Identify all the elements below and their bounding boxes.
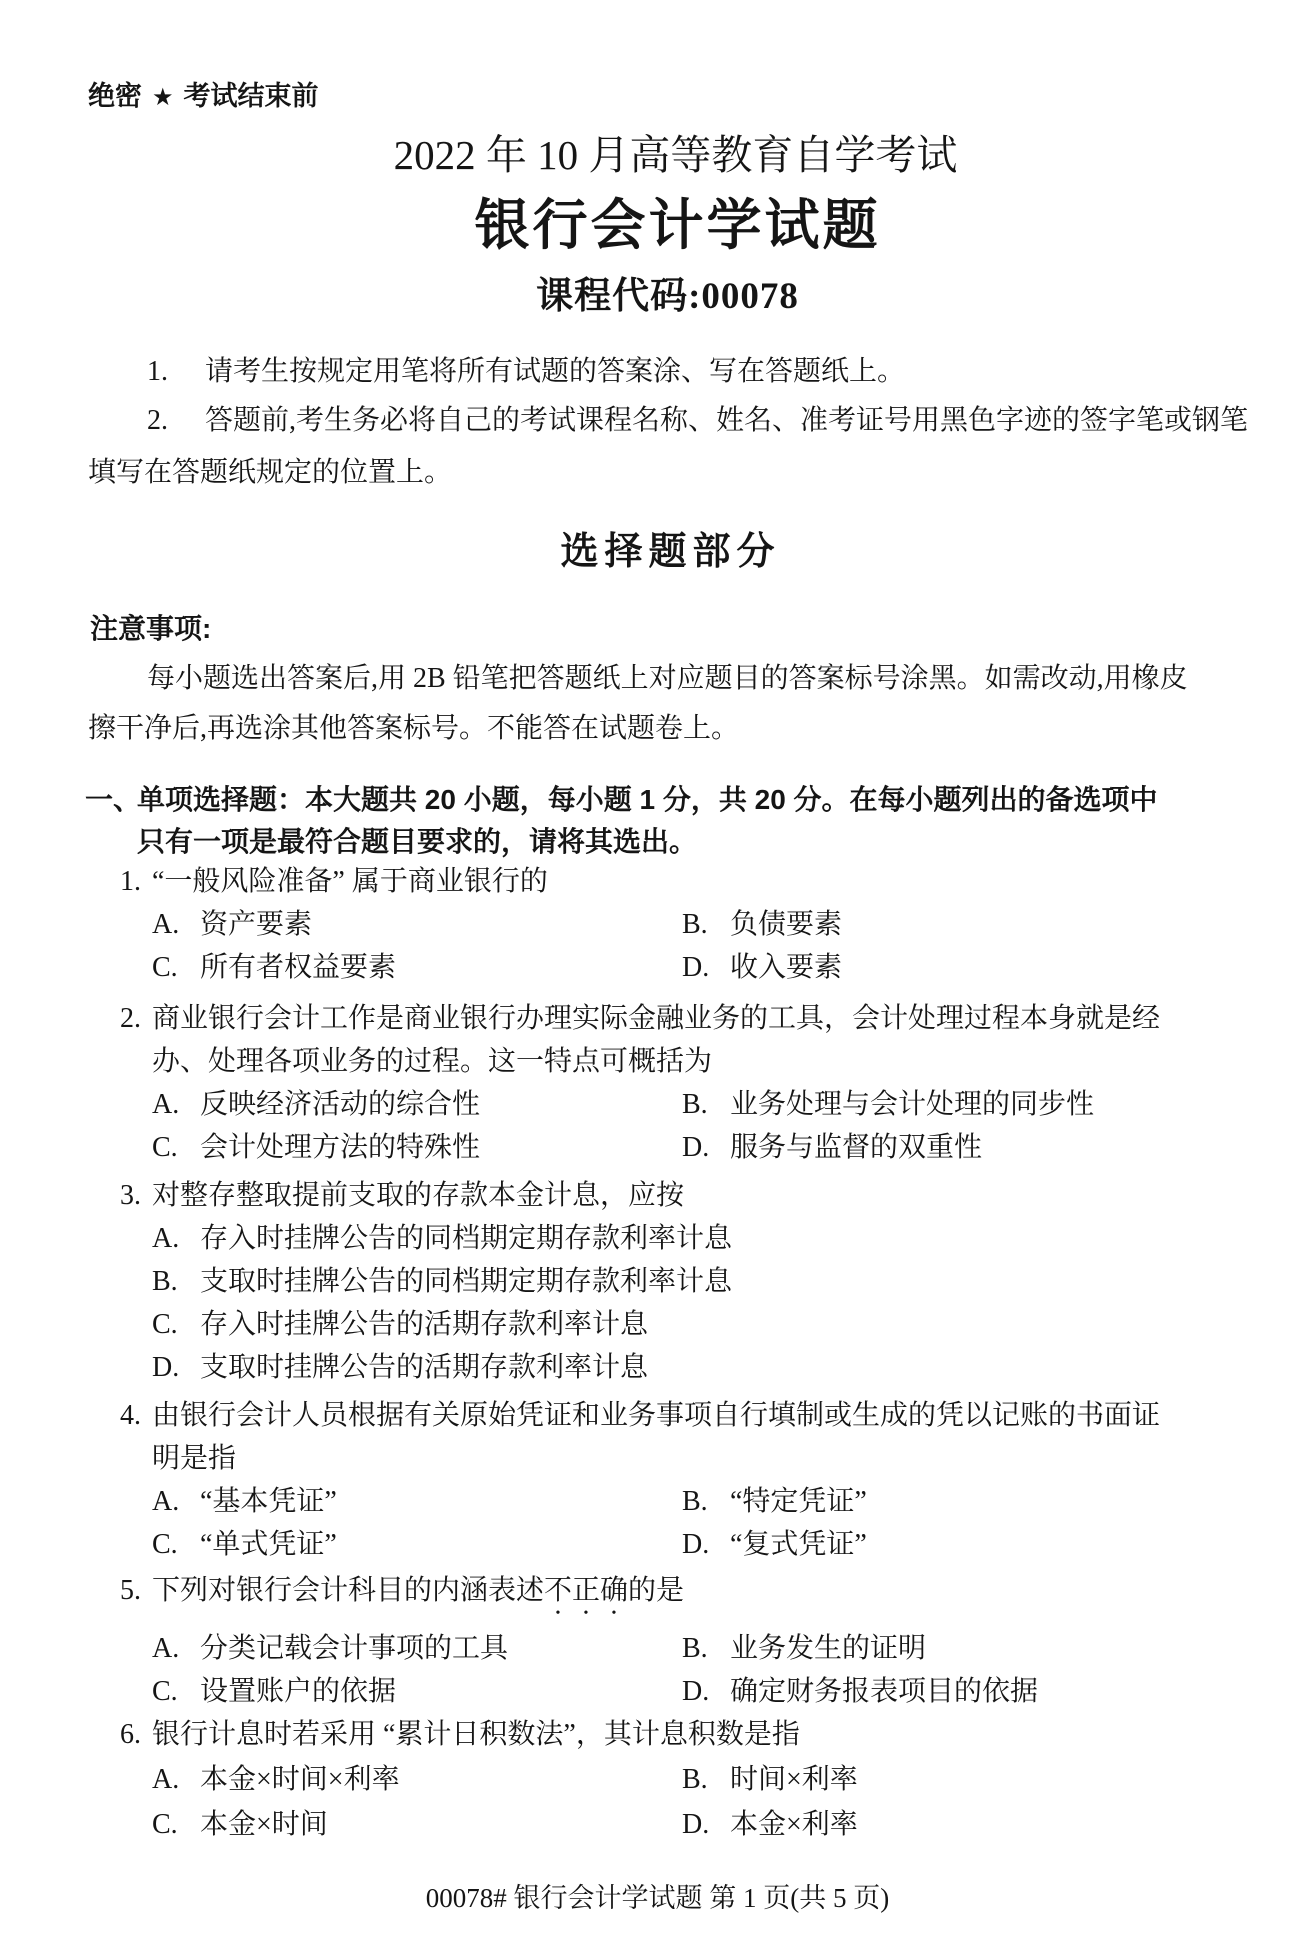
notice-line-2: 擦干净后,再选涂其他答案标号。不能答在试题卷上。 [88, 707, 739, 750]
question-1-stem-text: “一般风险准备” 属于商业银行的 [152, 866, 548, 897]
question-1-option-c: C.所有者权益要素 [152, 946, 396, 989]
option-text: “特定凭证” [730, 1486, 867, 1517]
option-letter: C. [152, 946, 200, 989]
question-2-option-a: A.反映经济活动的综合性 [152, 1083, 480, 1126]
exam-paper-page: 绝密★考试结束前 2022 年 10 月高等教育自学考试 银行会计学试题 课程代… [0, 0, 1315, 1957]
question-4-stem-text-1: 由银行会计人员根据有关原始凭证和业务事项自行填制或生成的凭以记账的书面证 [152, 1400, 1160, 1431]
question-1-options-row-2: C.所有者权益要素 D.收入要素 [0, 946, 1315, 989]
option-letter: B. [152, 1260, 200, 1303]
part-one-heading-line-2: 只有一项是最符合题目要求的，请将其选出。 [0, 821, 1315, 863]
option-letter: B. [682, 1083, 730, 1126]
section-title: 选择题部分 [0, 528, 1315, 576]
option-letter: D. [682, 1523, 730, 1566]
paper-title: 银行会计学试题 [0, 193, 1315, 257]
question-3-option-a: A.存入时挂牌公告的同档期定期存款利率计息 [0, 1217, 1315, 1260]
question-6-options-row-1: A.本金×时间×利率 B.时间×利率 [0, 1757, 1315, 1802]
option-text: 设置账户的依据 [200, 1676, 396, 1707]
option-text: 资产要素 [200, 909, 312, 940]
option-text: 反映经济活动的综合性 [200, 1089, 480, 1120]
part-one-heading-line-1: 一、 单项选择题：本大题共 20 小题，每小题 1 分，共 20 分。在每小题列… [0, 779, 1315, 821]
question-4-stem-line-1: 4. 由银行会计人员根据有关原始凭证和业务事项自行填制或生成的凭以记账的书面证 [0, 1394, 1315, 1437]
instruction-item-2-line-2: 填写在答题纸规定的位置上。 [88, 451, 452, 494]
option-letter: A. [152, 1083, 200, 1126]
option-letter: A. [152, 1480, 200, 1523]
question-4-number: 4. [120, 1394, 141, 1437]
option-text: 支取时挂牌公告的活期存款利率计息 [200, 1352, 648, 1383]
part-one-heading-text-1: 单项选择题：本大题共 20 小题，每小题 1 分，共 20 分。在每小题列出的备… [137, 784, 1158, 815]
option-letter: C. [152, 1802, 200, 1847]
question-4-option-a: A.“基本凭证” [152, 1480, 337, 1523]
question-5-option-d: D.确定财务报表项目的依据 [682, 1670, 1038, 1713]
secrecy-prefix: 绝密 [88, 81, 142, 111]
secrecy-suffix: 考试结束前 [184, 81, 319, 111]
instruction-item-1-text: 请考生按规定用笔将所有试题的答案涂、写在答题纸上。 [205, 356, 905, 387]
question-2-stem-line-1: 2. 商业银行会计工作是商业银行办理实际金融业务的工具，会计处理过程本身就是经 [0, 997, 1315, 1040]
option-text: 所有者权益要素 [200, 952, 396, 983]
question-3: 3. 对整存整取提前支取的存款本金计息，应按 A.存入时挂牌公告的同档期定期存款… [0, 1174, 1315, 1389]
instruction-item-2-text: 答题前,考生务必将自己的考试课程名称、姓名、准考证号用黑色字迹的签字笔或钢笔 [205, 405, 1248, 436]
question-6-option-a: A.本金×时间×利率 [152, 1757, 400, 1802]
question-2-option-c: C.会计处理方法的特殊性 [152, 1126, 480, 1169]
question-3-option-b: B.支取时挂牌公告的同档期定期存款利率计息 [0, 1260, 1315, 1303]
option-letter: D. [682, 1126, 730, 1169]
question-5-option-a: A.分类记载会计事项的工具 [152, 1627, 508, 1670]
option-text: 存入时挂牌公告的活期存款利率计息 [200, 1309, 648, 1340]
instruction-item-2-number: 2. [147, 399, 168, 442]
question-6-options-row-2: C.本金×时间 D.本金×利率 [0, 1802, 1315, 1847]
question-4-option-c: C.“单式凭证” [152, 1523, 337, 1566]
question-1-option-d: D.收入要素 [682, 946, 842, 989]
question-5-stem-pre: 下列对银行会计科目的内涵表述 [152, 1575, 544, 1606]
option-letter: B. [682, 903, 730, 946]
question-6-stem: 6. 银行计息时若采用 “累计日积数法”，其计息积数是指 [0, 1712, 1315, 1757]
course-code: 课程代码:00078 [0, 274, 1315, 320]
option-text: 时间×利率 [730, 1764, 858, 1795]
option-text: 存入时挂牌公告的同档期定期存款利率计息 [200, 1223, 732, 1254]
question-1-option-b: B.负债要素 [682, 903, 842, 946]
question-2-options-row-1: A.反映经济活动的综合性 B.业务处理与会计处理的同步性 [0, 1083, 1315, 1126]
question-3-option-d: D.支取时挂牌公告的活期存款利率计息 [0, 1346, 1315, 1389]
question-5-stem: 5. 下列对银行会计科目的内涵表述不正确的是 [0, 1569, 1315, 1612]
question-6-stem-text: 银行计息时若采用 “累计日积数法”，其计息积数是指 [152, 1719, 800, 1750]
option-text: 本金×时间×利率 [200, 1764, 400, 1795]
option-text: 会计处理方法的特殊性 [200, 1132, 480, 1163]
option-text: “基本凭证” [200, 1486, 337, 1517]
question-5-options-row-1: A.分类记载会计事项的工具 B.业务发生的证明 [0, 1627, 1315, 1670]
option-text: 本金×利率 [730, 1809, 858, 1840]
option-letter: A. [152, 1627, 200, 1670]
question-3-number: 3. [120, 1174, 141, 1217]
question-1-option-a: A.资产要素 [152, 903, 312, 946]
question-4: 4. 由银行会计人员根据有关原始凭证和业务事项自行填制或生成的凭以记账的书面证 … [0, 1394, 1315, 1566]
question-3-option-c: C.存入时挂牌公告的活期存款利率计息 [0, 1303, 1315, 1346]
part-one-heading: 一、 单项选择题：本大题共 20 小题，每小题 1 分，共 20 分。在每小题列… [0, 779, 1315, 863]
notice-label: 注意事项: [90, 607, 211, 650]
question-5-options-row-2: C.设置账户的依据 D.确定财务报表项目的依据 [0, 1670, 1315, 1713]
question-6-option-b: B.时间×利率 [682, 1757, 858, 1802]
question-6: 6. 银行计息时若采用 “累计日积数法”，其计息积数是指 A.本金×时间×利率 … [0, 1712, 1315, 1847]
question-6-number: 6. [120, 1712, 141, 1757]
part-one-number: 一、 [85, 779, 141, 821]
option-text: 确定财务报表项目的依据 [730, 1676, 1038, 1707]
question-2-number: 2. [120, 997, 141, 1040]
question-2-option-d: D.服务与监督的双重性 [682, 1126, 982, 1169]
instruction-item-1-number: 1. [147, 350, 168, 393]
option-text: 分类记载会计事项的工具 [200, 1633, 508, 1664]
question-6-option-d: D.本金×利率 [682, 1802, 858, 1847]
option-text: 支取时挂牌公告的同档期定期存款利率计息 [200, 1266, 732, 1297]
option-text: 服务与监督的双重性 [730, 1132, 982, 1163]
option-text: 本金×时间 [200, 1809, 328, 1840]
question-2-options-row-2: C.会计处理方法的特殊性 D.服务与监督的双重性 [0, 1126, 1315, 1169]
question-5-option-b: B.业务发生的证明 [682, 1627, 926, 1670]
option-text: 收入要素 [730, 952, 842, 983]
option-text: 业务处理与会计处理的同步性 [730, 1089, 1094, 1120]
instruction-item-1: 1. 请考生按规定用笔将所有试题的答案涂、写在答题纸上。 [0, 350, 905, 393]
question-4-options-row-1: A.“基本凭证” B.“特定凭证” [0, 1480, 1315, 1523]
question-1: 1. “一般风险准备” 属于商业银行的 A.资产要素 B.负债要素 C.所有者权… [0, 860, 1315, 989]
notice-line-1: 每小题选出答案后,用 2B 铅笔把答题纸上对应题目的答案标号涂黑。如需改动,用橡… [147, 657, 1188, 700]
instruction-item-2-line-1: 2. 答题前,考生务必将自己的考试课程名称、姓名、准考证号用黑色字迹的签字笔或钢… [0, 399, 1248, 442]
option-letter: A. [152, 1757, 200, 1802]
question-1-number: 1. [120, 860, 141, 903]
session-title: 2022 年 10 月高等教育自学考试 [0, 130, 1315, 180]
option-text: 业务发生的证明 [730, 1633, 926, 1664]
option-letter: B. [682, 1627, 730, 1670]
option-letter: C. [152, 1126, 200, 1169]
page-footer: 00078# 银行会计学试题 第 1 页(共 5 页) [0, 1880, 1315, 1916]
option-letter: B. [682, 1480, 730, 1523]
question-5-number: 5. [120, 1569, 141, 1612]
question-5-stem-post: 的是 [628, 1575, 684, 1606]
option-letter: A. [152, 903, 200, 946]
option-letter: C. [152, 1523, 200, 1566]
question-1-stem: 1. “一般风险准备” 属于商业银行的 [0, 860, 1315, 903]
question-4-stem-line-2: 明是指 [0, 1437, 1315, 1480]
question-2-stem-text-1: 商业银行会计工作是商业银行办理实际金融业务的工具，会计处理过程本身就是经 [152, 1003, 1160, 1034]
question-6-option-c: C.本金×时间 [152, 1802, 328, 1847]
question-5: 5. 下列对银行会计科目的内涵表述不正确的是 A.分类记载会计事项的工具 B.业… [0, 1569, 1315, 1713]
question-5-stem-emphasis: 不正确 [544, 1575, 628, 1606]
option-text: “复式凭证” [730, 1529, 867, 1560]
question-3-stem: 3. 对整存整取提前支取的存款本金计息，应按 [0, 1174, 1315, 1217]
question-2: 2. 商业银行会计工作是商业银行办理实际金融业务的工具，会计处理过程本身就是经 … [0, 997, 1315, 1169]
question-4-options-row-2: C.“单式凭证” D.“复式凭证” [0, 1523, 1315, 1566]
question-1-options-row-1: A.资产要素 B.负债要素 [0, 903, 1315, 946]
option-letter: C. [152, 1303, 200, 1346]
option-letter: B. [682, 1757, 730, 1802]
option-text: 负债要素 [730, 909, 842, 940]
option-letter: A. [152, 1217, 200, 1260]
question-2-stem-line-2: 办、处理各项业务的过程。这一特点可概括为 [0, 1040, 1315, 1083]
option-letter: C. [152, 1670, 200, 1713]
option-letter: D. [682, 1670, 730, 1713]
option-letter: D. [682, 946, 730, 989]
option-letter: D. [152, 1346, 200, 1389]
star-icon: ★ [142, 84, 184, 111]
question-4-option-d: D.“复式凭证” [682, 1523, 867, 1566]
question-2-option-b: B.业务处理与会计处理的同步性 [682, 1083, 1094, 1126]
question-3-stem-text: 对整存整取提前支取的存款本金计息，应按 [152, 1180, 684, 1211]
question-5-option-c: C.设置账户的依据 [152, 1670, 396, 1713]
option-text: “单式凭证” [200, 1529, 337, 1560]
option-letter: D. [682, 1802, 730, 1847]
question-4-option-b: B.“特定凭证” [682, 1480, 867, 1523]
secrecy-banner: 绝密★考试结束前 [88, 79, 319, 115]
